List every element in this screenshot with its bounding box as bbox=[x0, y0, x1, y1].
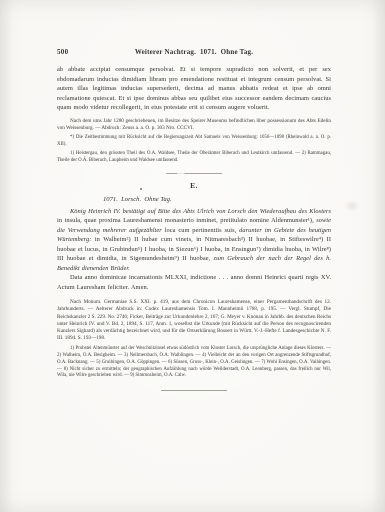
source-note: Nach dem ums Jahr 1280 geschriebenen, im… bbox=[57, 118, 331, 132]
scanned-page: 500 Weiterer Nachtrag. 1071. Ohne Tag. a… bbox=[0, 0, 385, 512]
ink-speck bbox=[140, 188, 142, 190]
entry-footnotes: 1) Probstei Altenmünster auf der Weschni… bbox=[57, 346, 331, 380]
footnotes-top-numbered: 1) Heistergau, den grössten Theil des O.… bbox=[57, 151, 331, 164]
regest-paragraph: König Heinrich IV. bestätigt auf Bitte d… bbox=[57, 207, 331, 274]
text-column: 500 Weiterer Nachtrag. 1071. Ohne Tag. a… bbox=[57, 48, 331, 391]
section-divider-rule bbox=[166, 173, 222, 174]
running-header-title: Weiterer Nachtrag. 1071. Ohne Tag. bbox=[57, 48, 331, 56]
section-letter: E. bbox=[57, 181, 331, 190]
scan-smudge bbox=[344, 200, 360, 212]
footnote-star: *) Die Zeitbestimmung mit Rücksicht auf … bbox=[57, 135, 331, 148]
end-rule bbox=[161, 390, 227, 391]
continuation-paragraph: ab abbate accipiat censumque persolvat. … bbox=[57, 65, 331, 113]
running-header: 500 Weiterer Nachtrag. 1071. Ohne Tag. bbox=[57, 48, 331, 57]
page-number: 500 bbox=[57, 48, 68, 56]
regest-segment: in insula, quae proxima Laureshamensi mo… bbox=[57, 217, 316, 224]
regest-segment: König Heinrich IV. bestätigt auf Bitte d… bbox=[70, 208, 331, 215]
entry-heading: 1071. Lorsch. Ohne Tag. bbox=[103, 196, 331, 203]
regest-segment: loca cum pertinentiis suis, bbox=[165, 227, 239, 234]
datatio-paragraph: Data anno dominicae incarnationis MLXXI,… bbox=[57, 273, 331, 292]
commentary-paragraph: Nach Monum. Germaniae S.S. XXI. p. 419, … bbox=[57, 299, 331, 342]
